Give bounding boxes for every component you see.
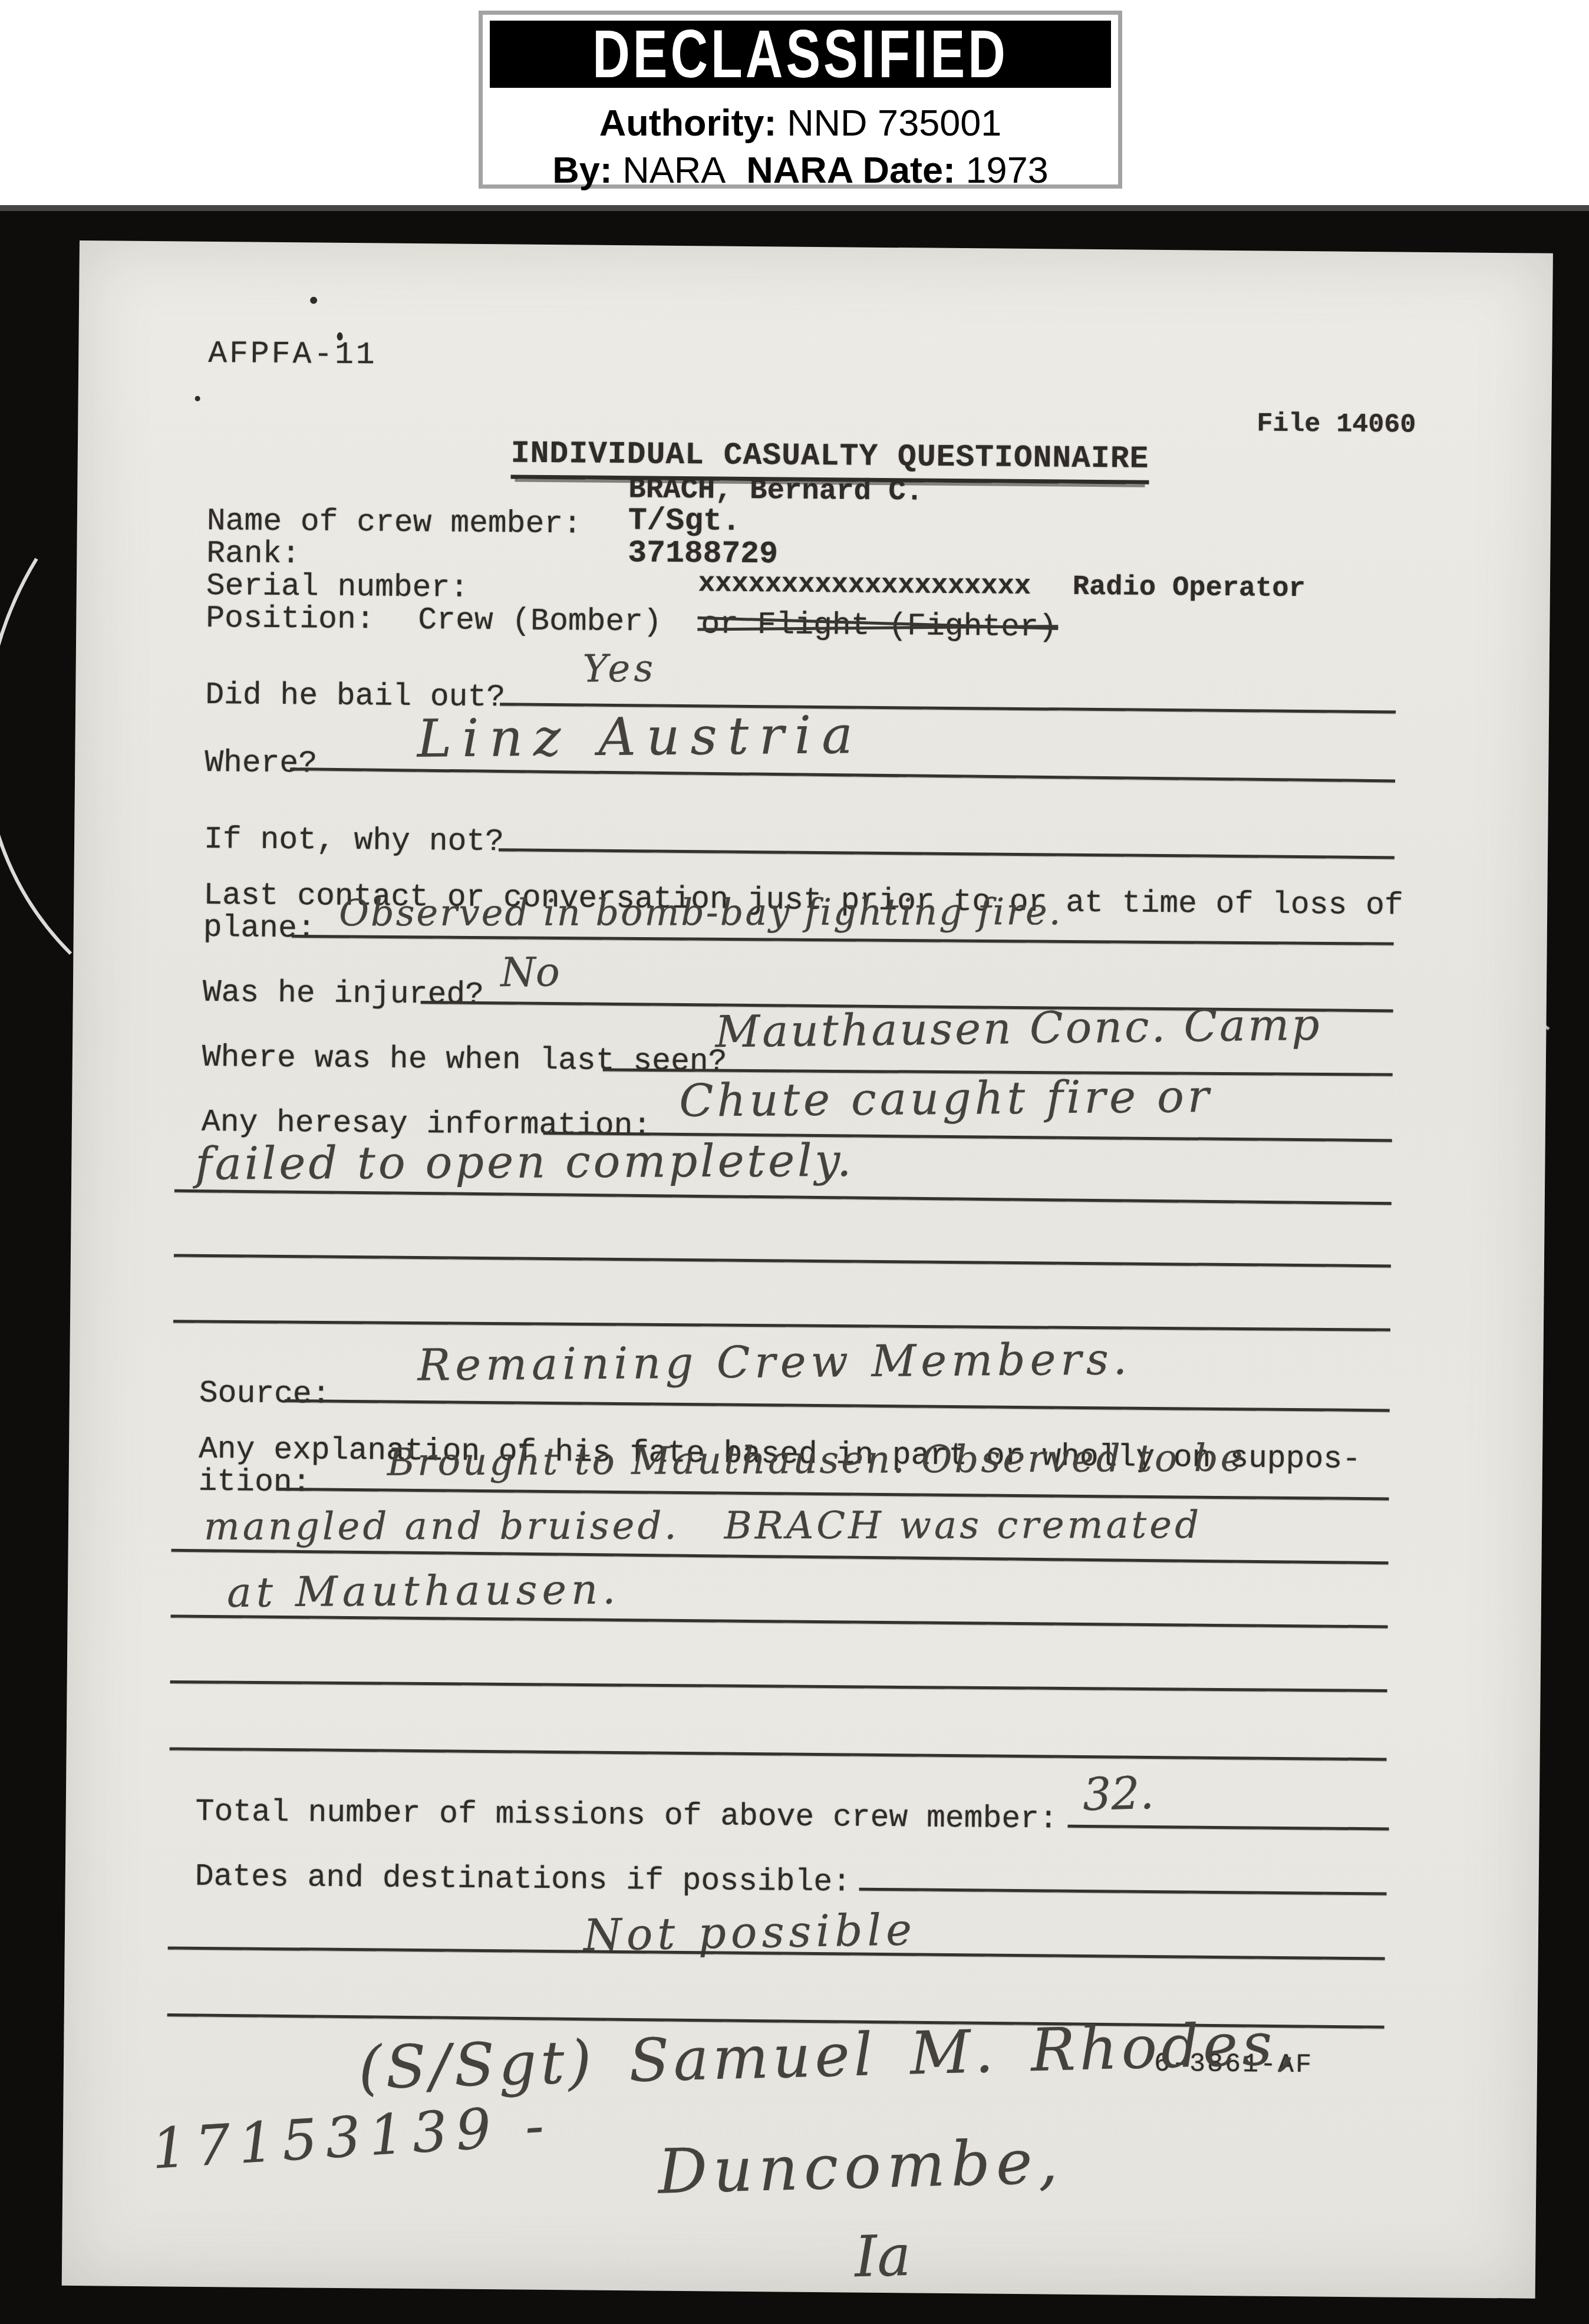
answer-line (174, 1254, 1391, 1267)
signature-state: Ia (854, 2223, 912, 2290)
where-answer: Linz Austria (417, 704, 863, 769)
serial-label: Serial number: (206, 568, 469, 606)
injured-label: Was he injured? (203, 975, 484, 1013)
answer-line (174, 1189, 1392, 1205)
scanned-document-page: DECLASSIFIED Authority: NND 735001 By: N… (0, 0, 1589, 2324)
rank-value: T/Sgt. (628, 503, 741, 539)
questionnaire-paper: AFPFA-11 File 14060 INDIVIDUAL CASUALTY … (62, 240, 1553, 2299)
serial-value: 37188729 (628, 535, 778, 572)
answer-line (499, 848, 1395, 859)
bail-out-answer: Yes (582, 647, 657, 691)
missions-answer: 32. (1082, 1766, 1155, 1821)
last-seen-label: Where was he when last seen? (202, 1040, 727, 1080)
source-label: Source: (199, 1376, 331, 1412)
hearsay-answer-line2: failed to open completely. (195, 1134, 854, 1190)
declassification-stamp: DECLASSIFIED Authority: NND 735001 By: N… (479, 11, 1122, 189)
authority-label: Authority: (599, 103, 777, 144)
serial-masked-value: xxxxxxxxxxxxxxxxxxxx (698, 568, 1031, 602)
injured-answer: No (500, 949, 560, 996)
nara-date-value: 1973 (966, 150, 1049, 191)
dust-speck (195, 396, 200, 401)
role-value: Radio Operator (1073, 572, 1306, 605)
file-number: File 14060 (1257, 408, 1416, 440)
signature-city: Duncombe, (657, 2125, 1064, 2208)
dates-label: Dates and destinations if possible: (195, 1859, 852, 1900)
position-struck-option: or Flight (Fighter) (701, 606, 1057, 645)
if-not-label: If not, why not? (204, 822, 504, 859)
answer-line (285, 1399, 1390, 1412)
answer-line (170, 1747, 1387, 1761)
explanation-answer-line3: at Mauthausen. (227, 1565, 621, 1617)
answer-line (171, 1614, 1388, 1628)
signature: (S/Sgt) Samuel M. Rhodes, (358, 2009, 1300, 2102)
answer-line (859, 1888, 1387, 1896)
authority-line: Authority: NND 735001 (483, 102, 1118, 144)
answer-line (290, 767, 1395, 782)
answer-line (278, 1488, 1389, 1500)
last-contact-answer: Observed in bomb-bay fighting fire. (339, 890, 1062, 934)
answer-line (1068, 1825, 1389, 1831)
scan-background: AFPFA-11 File 14060 INDIVIDUAL CASUALTY … (0, 205, 1589, 2324)
explanation-label-line2: ition: (198, 1464, 311, 1501)
declassified-banner: DECLASSIFIED (490, 21, 1111, 88)
explanation-answer-line2: mangled and bruised. BRACH was cremated (204, 1504, 1202, 1549)
rank-label: Rank: (206, 536, 301, 572)
signature-serial-number: 17153139 - (150, 2093, 553, 2181)
form-ref-code: AFPFA-11 (208, 336, 377, 373)
explanation-answer-line1: Brought to Mauthausen. Observed to be (387, 1436, 1245, 1485)
answer-line (170, 1680, 1387, 1692)
source-answer: Remaining Crew Members. (417, 1334, 1132, 1391)
by-line: By: NARA NARA Date: 1973 (483, 149, 1118, 192)
position-label: Position: (206, 601, 375, 637)
by-label: By: (552, 150, 612, 191)
by-value: NARA (622, 150, 726, 191)
last-contact-label-line2: plane: (203, 910, 316, 947)
where-label: Where? (205, 745, 317, 782)
dust-speck (310, 296, 317, 304)
answer-line (292, 935, 1394, 945)
position-value: Crew (Bomber) (418, 602, 662, 640)
last-seen-answer: Mauthausen Conc. Camp (715, 1000, 1322, 1058)
answer-line (173, 1320, 1390, 1331)
scan-edge-highlight (0, 205, 1589, 211)
hearsay-answer-line1: Chute caught fire or (679, 1070, 1213, 1127)
missions-label: Total number of missions of above crew m… (195, 1794, 1058, 1837)
answer-line (172, 1549, 1389, 1565)
nara-date-label: NARA Date: (746, 150, 955, 191)
authority-value: NND 735001 (787, 103, 1001, 144)
declassified-title: DECLASSIFIED (592, 15, 1008, 94)
